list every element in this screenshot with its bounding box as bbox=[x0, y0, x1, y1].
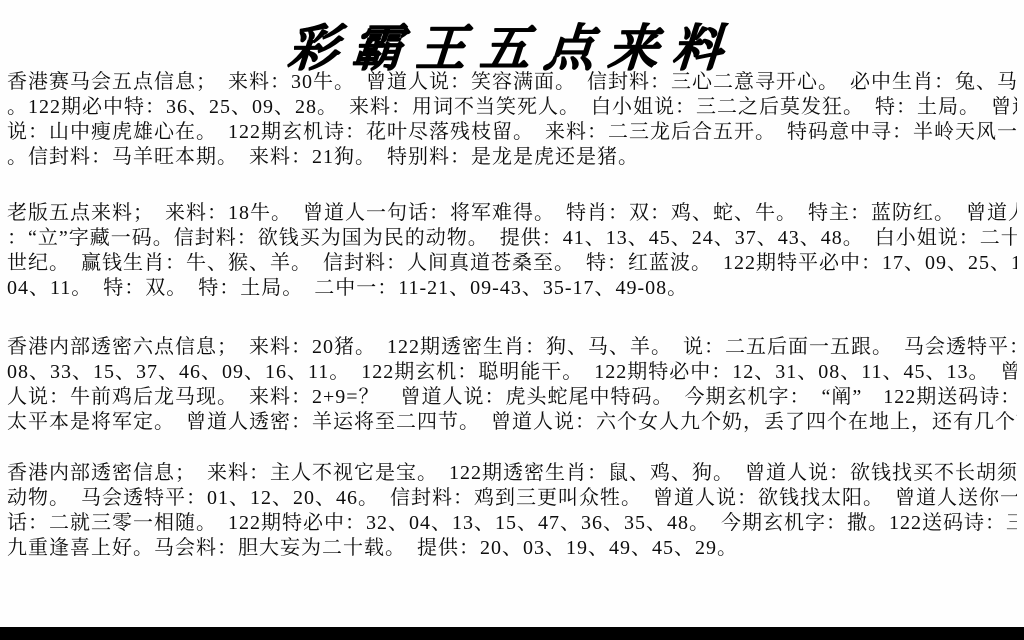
text-line: 世纪。 赢钱生肖：牛、猴、羊。 信封料：人间真道苍桑至。 特：红蓝波。 122期… bbox=[7, 251, 1017, 276]
text-line: 说：山中瘦虎雄心在。 122期玄机诗：花叶尽落残枝留。 来料：二三龙后合五开。 … bbox=[7, 120, 1017, 145]
text-line: 香港内部透密六点信息； 来料：20猪。 122期透密生肖：狗、马、羊。 说：二五… bbox=[7, 335, 1017, 360]
text-line: 动物。 马会透特平：01、12、20、46。 信封料：鸡到三更叫众牲。 曾道人说… bbox=[7, 486, 1017, 511]
text-line: 。信封料：马羊旺本期。 来料：21狗。 特别料：是龙是虎还是猪。 bbox=[7, 145, 1017, 170]
text-line: 太平本是将军定。 曾道人透密：羊运将至二四节。 曾道人说：六个女人九个奶，丢了四… bbox=[7, 410, 1017, 435]
text-line: 九重逢喜上好。马会料：胆大妄为二十载。 提供：20、03、19、49、45、29… bbox=[7, 536, 1017, 561]
text-line: 香港内部透密信息； 来料：主人不视它是宝。 122期透密生肖：鼠、鸡、狗。 曾道… bbox=[7, 461, 1017, 486]
text-line: 老版五点来料； 来料：18牛。 曾道人一句话：将军难得。 特肖：双：鸡、蛇、牛。… bbox=[7, 201, 1017, 226]
text-line: 人说：牛前鸡后龙马现。 来料：2+9=？ 曾道人说：虎头蛇尾中特码。 今期玄机字… bbox=[7, 385, 1017, 410]
paragraph-hk-internal-info: 香港内部透密信息； 来料：主人不视它是宝。 122期透密生肖：鼠、鸡、狗。 曾道… bbox=[0, 461, 1024, 561]
text-line: 08、33、15、37、46、09、16、11。 122期玄机：聪明能干。 12… bbox=[7, 360, 1017, 385]
text-line: 话：二就三零一相随。 122期特必中：32、04、13、15、47、36、35、… bbox=[7, 511, 1017, 536]
lottery-tip-sheet: 彩霸王五点来料 香港赛马会五点信息； 来料：30牛。 曾道人说：笑容满面。 信封… bbox=[0, 0, 1024, 640]
paragraph-horse-club-five-point: 香港赛马会五点信息； 来料：30牛。 曾道人说：笑容满面。 信封料：三心二意寻开… bbox=[0, 70, 1024, 170]
text-line: ：“立”字藏一码。信封料：欲钱买为国为民的动物。 提供：41、13、45、24、… bbox=[7, 226, 1017, 251]
text-line: 。122期必中特：36、25、09、28。 来料：用词不当笑死人。 白小姐说：三… bbox=[7, 95, 1017, 120]
bottom-black-bar bbox=[0, 627, 1024, 640]
paragraph-old-version-five-point: 老版五点来料； 来料：18牛。 曾道人一句话：将军难得。 特肖：双：鸡、蛇、牛。… bbox=[0, 201, 1024, 301]
text-line: 04、11。 特：双。 特：土局。 二中一：11-21、09-43、35-17、… bbox=[7, 276, 1017, 301]
text-line: 香港赛马会五点信息； 来料：30牛。 曾道人说：笑容满面。 信封料：三心二意寻开… bbox=[7, 70, 1017, 95]
paragraph-hk-internal-six-point: 香港内部透密六点信息； 来料：20猪。 122期透密生肖：狗、马、羊。 说：二五… bbox=[0, 335, 1024, 435]
